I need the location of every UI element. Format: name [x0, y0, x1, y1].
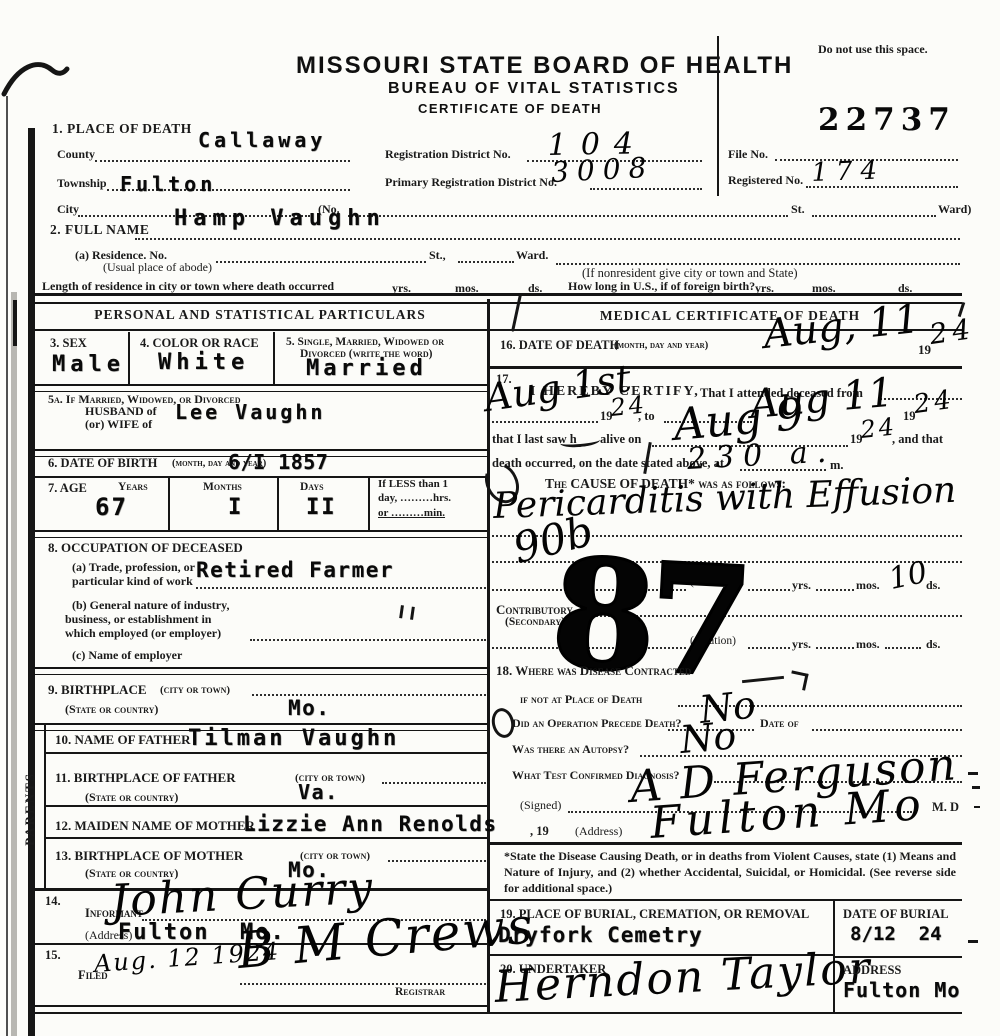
dotted-line — [95, 159, 350, 162]
registration-district-label: Registration District No. — [385, 147, 511, 162]
death-certificate-scan: MISSOURI STATE BOARD OF HEALTH BUREAU OF… — [0, 0, 1000, 1036]
occupation-c-label: (c) Name of employer — [72, 648, 182, 663]
physician-address-label: (Address) — [575, 824, 622, 839]
scan-dash — [968, 940, 978, 943]
occupation-title: 8. OCCUPATION OF DECEASED — [48, 540, 243, 556]
undertaker-address-label: ADDRESS — [843, 963, 901, 978]
full-name-value: Hamp Vaughn — [174, 206, 386, 231]
residence-st-label: St., — [429, 248, 446, 263]
county-label: County — [57, 147, 95, 162]
dotted-line — [812, 214, 936, 217]
primary-registration-value: 3008 — [550, 151, 655, 189]
city-ward-label: Ward) — [938, 202, 971, 217]
dotted-line — [135, 237, 960, 240]
rule — [33, 667, 488, 675]
residence-ward-label: Ward. — [516, 248, 548, 263]
township-label: Township — [57, 176, 107, 191]
primary-registration-label: Primary Registration District No. — [385, 175, 557, 190]
dotted-line — [492, 420, 598, 423]
dotted-line — [382, 781, 486, 784]
do-not-use-note: Do not use this space. — [818, 42, 928, 57]
duration-yrs-label: yrs. — [792, 578, 811, 593]
abode-note: (Usual place of abode) — [103, 260, 212, 275]
place-of-death-title: 1. PLACE OF DEATH — [52, 121, 192, 137]
attended-to-year: 24 — [912, 385, 957, 420]
section-rule — [33, 293, 962, 304]
cell-divider — [168, 477, 170, 531]
mother-name-label: 12. MAIDEN NAME OF MOTHER — [55, 818, 255, 834]
dob-label: 6. DATE OF BIRTH — [48, 456, 157, 471]
undertaker-address-value: Fulton Mo — [843, 978, 960, 1002]
rule — [44, 805, 488, 807]
title-certificate: CERTIFICATE OF DEATH — [418, 101, 602, 116]
occupation-b-label-3: which employed (or employer) — [65, 626, 221, 641]
cell-divider — [273, 332, 275, 385]
registered-no-value: 174 — [811, 155, 886, 188]
occupation-value: Retired Farmer — [196, 558, 394, 582]
age-days-label: Days — [300, 481, 324, 493]
dotted-line — [196, 586, 486, 589]
date-of-label: Date of — [760, 716, 799, 731]
birthplace-label: 9. BIRTHPLACE — [48, 682, 147, 698]
if-less-label-2: day, ………hrs. — [378, 492, 451, 504]
alive-on-label: alive on — [600, 432, 641, 447]
header-divider — [717, 36, 719, 196]
if-less-label-3: or ………min. — [378, 507, 445, 519]
dotted-line — [812, 728, 962, 731]
date-of-death-label: 16. DATE OF DEATH — [500, 338, 619, 353]
race-value: White — [158, 350, 249, 375]
year-19-print: 19 — [918, 342, 931, 358]
pen-hook — [788, 670, 808, 690]
file-no-label: File No. — [728, 147, 768, 162]
occupation-a-label-1: (a) Trade, profession, or — [72, 560, 195, 575]
mother-name-value: Lizzie Ann Renolds — [243, 812, 498, 836]
marital-value: Married — [306, 356, 427, 381]
dotted-line — [816, 588, 854, 591]
dotted-line — [748, 646, 790, 649]
rule — [33, 329, 488, 331]
age-days-value: II — [306, 495, 337, 520]
duration2-yrs-label: yrs. — [792, 637, 811, 652]
scan-edge-line — [6, 96, 8, 1036]
occupation-a-label-2: particular kind of work — [72, 574, 193, 589]
father-birthplace-label: 11. BIRTHPLACE OF FATHER — [55, 770, 236, 786]
how-long-label: How long in U.S., if of foreign birth? — [568, 279, 755, 294]
duration-days-value: 10 — [886, 555, 931, 597]
burial-date-label: DATE OF BURIAL — [843, 907, 949, 922]
dotted-line — [816, 646, 854, 649]
if-less-label-1: If LESS than 1 — [378, 478, 448, 490]
dotted-line — [590, 187, 702, 190]
form-left-border — [28, 128, 35, 1036]
date-of-death-value: Aug, 11 — [761, 296, 922, 358]
filed-number: 15. — [45, 948, 61, 963]
township-value: Fulton — [120, 172, 216, 196]
cell-divider — [277, 477, 279, 531]
age-months-label: Months — [203, 481, 242, 493]
dotted-line — [556, 262, 960, 265]
scan-edge-mark — [13, 300, 17, 346]
dotted-line — [240, 982, 486, 985]
duration-ds-label: ds. — [926, 578, 940, 593]
autopsy-label: Was there an Autopsy? — [512, 742, 629, 757]
rule — [490, 899, 962, 901]
occupation-b-label-2: business, or establishment in — [65, 612, 211, 627]
cell-divider — [128, 332, 130, 385]
burial-place-label: 19. PLACE OF BURIAL, CREMATION, OR REMOV… — [500, 907, 809, 922]
dotted-line — [216, 260, 426, 263]
dotted-line — [388, 859, 486, 862]
sex-label: 3. SEX — [50, 336, 87, 351]
dotted-line — [748, 588, 790, 591]
rule — [33, 1005, 488, 1007]
spouse-value: Lee Vaughn — [175, 400, 325, 424]
rule — [33, 530, 488, 538]
registrar-label: Registrar — [395, 986, 445, 998]
informant-number: 14. — [45, 894, 61, 909]
burial-place-value: Dryfork Cemetry — [498, 923, 703, 947]
mother-birthplace-label: 13. BIRTHPLACE OF MOTHER — [55, 848, 243, 864]
m-label: m. — [830, 458, 844, 473]
rule — [490, 842, 962, 845]
duration2-mos-label: mos. — [856, 637, 880, 652]
birthplace-state-value: Mo. — [288, 696, 330, 720]
dotted-line — [458, 260, 514, 263]
age-months-value: I — [228, 495, 241, 520]
ink-blot — [399, 605, 415, 620]
dotted-line — [885, 646, 921, 649]
marital-label-line1: 5. Single, Married, Widowed or — [286, 336, 444, 348]
occupation-b-label-1: (b) General nature of industry, — [72, 598, 229, 613]
dotted-line — [250, 638, 486, 641]
date-of-death-sublabel: (month, day and year) — [614, 340, 708, 351]
scan-edge-shadow — [11, 292, 17, 1036]
rule — [44, 752, 488, 754]
age-label: 7. AGE — [48, 481, 87, 496]
scan-dash — [974, 806, 980, 808]
where-contracted-label: 18. Where was Disease Contracted — [496, 663, 691, 679]
title-bureau: BUREAU OF VITAL STATISTICS — [388, 80, 680, 98]
to-label: , to — [638, 409, 655, 424]
scan-pen-mark — [0, 44, 70, 100]
city-st-label: St. — [791, 202, 805, 217]
birthplace-sublabel: (city or town) — [160, 684, 230, 696]
comma-19-label: , 19 — [530, 824, 549, 839]
dotted-line — [348, 214, 788, 217]
rule — [33, 384, 488, 392]
certificate-number: 22737 — [818, 102, 956, 138]
age-years-label: Years — [118, 481, 148, 493]
age-years-value: 67 — [95, 493, 128, 521]
length-residence-label: Length of residence in city or town wher… — [42, 279, 334, 294]
cell-divider — [368, 477, 370, 531]
duration2-ds-label: ds. — [926, 637, 940, 652]
father-birthplace-value: Va. — [298, 780, 339, 804]
duration-mos-label: mos. — [856, 578, 880, 593]
wife-of-label: (or) WIFE of — [85, 417, 152, 432]
sex-value: Male — [52, 352, 125, 377]
parents-vertical-label: PARENTS — [22, 772, 38, 846]
operation-label: Did an Operation Precede Death? — [512, 716, 682, 731]
signed-label: (Signed) — [520, 798, 561, 813]
if-not-at-place-label: if not at Place of Death — [520, 692, 642, 707]
undertaker-signature: Herndon Taylor — [493, 942, 873, 1013]
dob-value: 6/I 1857 — [228, 450, 328, 474]
city-label: City — [57, 202, 79, 217]
md-label: M. D — [932, 800, 959, 815]
date-of-death-year: 24 — [927, 312, 977, 351]
personal-section-title: PERSONAL AND STATISTICAL PARTICULARS — [60, 307, 460, 323]
scan-dash — [968, 772, 978, 775]
birthplace-state-label: (State or country) — [65, 702, 158, 717]
rule — [44, 837, 488, 839]
race-label: 4. COLOR OR RACE — [140, 336, 259, 351]
father-name-label: 10. NAME OF FATHER — [55, 732, 191, 748]
scan-dash — [972, 786, 980, 789]
footnote: *State the Disease Causing Death, or in … — [504, 849, 956, 896]
father-name-value: Tilman Vaughn — [188, 726, 399, 751]
full-name-label: 2. FULL NAME — [50, 222, 149, 238]
registered-no-label: Registered No. — [728, 173, 803, 188]
father-birthplace-state-label: (State or country) — [85, 790, 178, 805]
to-year-19: 19 — [903, 409, 916, 424]
and-that-label: , and that — [892, 432, 943, 447]
county-value: Callaway — [198, 128, 326, 152]
